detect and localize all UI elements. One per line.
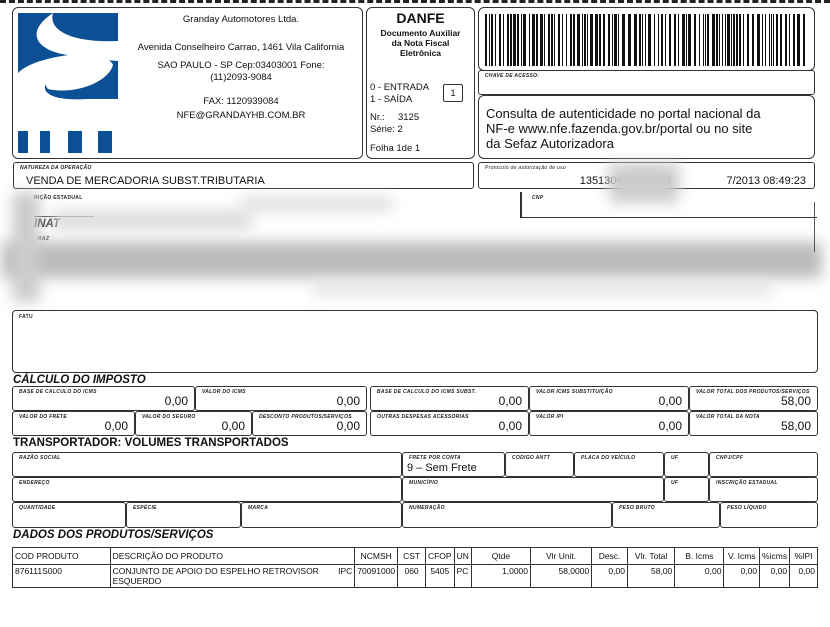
- cell-vtotal: 58,00: [627, 565, 674, 588]
- emitter-fax: FAX: 1120939084: [121, 96, 361, 108]
- tax-label: VALOR ICMS SUBSTITUIÇÃO: [536, 389, 613, 395]
- col-vicms: V. Icms: [724, 548, 760, 565]
- serie: Série: 2: [370, 124, 420, 136]
- danfe-title: DANFE: [367, 10, 474, 26]
- transp-quantidade: QUANTIDADE: [12, 502, 126, 528]
- cell-picms: 0,00: [760, 565, 790, 588]
- col-pipi: %IPI: [790, 548, 818, 565]
- barcode-box: [478, 7, 815, 71]
- row1-box-0: BASE DE CALCULO DO ICMS0,00: [12, 386, 195, 411]
- col-cod: COD PRODUTO: [13, 548, 111, 565]
- nr-value: 3125: [398, 112, 419, 123]
- col-vtotal: Vlr. Total: [627, 548, 674, 565]
- cell-desc: CONJUNTO DE APOIO DO ESPELHO RETROVISORI…: [110, 565, 355, 588]
- cell-qtde: 1,0000: [471, 565, 530, 588]
- consulta-line-1: Consulta de autenticidade no portal naci…: [486, 106, 761, 121]
- row2-box-4: VALOR IPI0,00: [529, 411, 689, 436]
- tax-label: VALOR TOTAL DA NOTA: [696, 414, 760, 420]
- danfe-subtitle-3: Eletrônica: [367, 48, 474, 58]
- tax-value: 58,00: [781, 394, 811, 408]
- tax-label: BASE DE CALCULO DO ICMS: [19, 389, 97, 395]
- row1-box-1: VALOR DO ICMS0,00: [195, 386, 367, 411]
- frete-value: 9 – Sem Frete: [407, 462, 477, 474]
- emitter-city: SAO PAULO - SP Cep:03403001 Fone:: [121, 60, 361, 72]
- transp-antt: CODIGO ANTT: [505, 452, 574, 477]
- chave-box: CHAVE DE ACESSO:: [478, 70, 815, 95]
- natureza-label: NATUREZA DA OPERAÇÃO: [20, 165, 92, 171]
- protocolo-date: 7/2013 08:49:23: [726, 175, 806, 187]
- emitter-address: Avenida Conselheiro Carrao, 1461 Vila Ca…: [121, 42, 361, 54]
- cell-cfop: 5405: [425, 565, 454, 588]
- transp-marca: MARCA: [241, 502, 402, 528]
- protocolo-box: Protocolo de autorização de uso 13513041…: [478, 162, 815, 189]
- transp-placa: PLACA DO VEÍCULO: [574, 452, 664, 477]
- transp-peso-bruto: PESO BRUTO: [612, 502, 720, 528]
- entrada-label: 0 - ENTRADA: [370, 82, 429, 94]
- transp-ie: INSCRIÇÃO ESTADUAL: [709, 477, 818, 502]
- transp-razao: RAZÃO SOCIAL: [12, 452, 402, 477]
- col-cst: CST: [398, 548, 426, 565]
- destinatario-region: RIÇÃO ESTADUAL CNP INAT RAZ: [12, 192, 818, 312]
- transportador-title: TRANSPORTADOR: VOLUMES TRANSPORTADOS: [13, 437, 289, 449]
- folha: Folha 1de 1: [370, 143, 420, 155]
- col-vunit: Vlr Unit.: [531, 548, 592, 565]
- cell-ncm: 70091000: [355, 565, 398, 588]
- produtos-title: DADOS DOS PRODUTOS/SERVIÇOS: [13, 529, 213, 541]
- transp-municipio: MUNICÍPIO: [402, 477, 664, 502]
- table-header-row: COD PRODUTO DESCRIÇÃO DO PRODUTO NCMSH C…: [13, 548, 818, 565]
- consulta-box: Consulta de autenticidade no portal naci…: [478, 95, 815, 159]
- danfe-subtitle-1: Documento Auxiliar: [367, 28, 474, 38]
- nr-label: Nr.:: [370, 112, 385, 123]
- cell-vicms: 0,00: [724, 565, 760, 588]
- tax-label: BASE DE CALCULO DO ICMS SUBST.: [377, 389, 476, 395]
- hyundai-logo-icon: [18, 13, 118, 153]
- transp-uf: UF: [664, 452, 709, 477]
- cut-line: [0, 0, 830, 4]
- row2-box-5: VALOR TOTAL DA NOTA58,00: [689, 411, 818, 436]
- row2-box-3: OUTRAS DESPESAS ACESSORIAS0,00: [370, 411, 529, 436]
- tax-label: VALOR IPI: [536, 414, 563, 420]
- danfe-box: DANFE Documento Auxiliar da Nota Fiscal …: [366, 7, 475, 159]
- tax-value: 0,00: [337, 394, 360, 408]
- col-bicms: B. Icms: [675, 548, 724, 565]
- row1-box-4: VALOR TOTAL DOS PRODUTOS/SERVIÇOS58,00: [689, 386, 818, 411]
- saida-label: 1 - SAÍDA: [370, 94, 429, 106]
- produtos-table: COD PRODUTO DESCRIÇÃO DO PRODUTO NCMSH C…: [12, 547, 818, 588]
- protocolo-label: Protocolo de autorização de uso: [485, 165, 566, 171]
- tax-value: 58,00: [781, 419, 811, 433]
- cell-desc-val: 0,00: [592, 565, 628, 588]
- row2-box-0: VALOR DO FRETE0,00: [12, 411, 135, 436]
- cell-bicms: 0,00: [675, 565, 724, 588]
- emitter-name: Granday Automotores Ltda.: [121, 14, 361, 26]
- transp-numeracao: NUMERAÇÃO: [402, 502, 612, 528]
- consulta-line-3: da Sefaz Autorizadora: [486, 136, 761, 151]
- emitter-email: NFE@GRANDAYHB.COM.BR: [121, 110, 361, 122]
- cell-vunit: 58,0000: [531, 565, 592, 588]
- consulta-line-2: NF-e www.nfe.fazenda.gov.br/portal ou no…: [486, 121, 761, 136]
- tax-label: VALOR DO FRETE: [19, 414, 67, 420]
- tax-value: 0,00: [222, 419, 245, 433]
- tax-value: 0,00: [659, 419, 682, 433]
- col-picms: %icms: [760, 548, 790, 565]
- tax-value: 0,00: [499, 419, 522, 433]
- cell-un: PC: [454, 565, 471, 588]
- tax-value: 0,00: [165, 394, 188, 408]
- barcode-icon: [485, 14, 808, 66]
- tax-label: VALOR DO SEGURO: [142, 414, 196, 420]
- row1-box-3: VALOR ICMS SUBSTITUIÇÃO0,00: [529, 386, 689, 411]
- natureza-value: VENDA DE MERCADORIA SUBST.TRIBUTARIA: [26, 175, 265, 187]
- col-descricao: DESCRIÇÃO DO PRODUTO: [110, 548, 355, 565]
- col-desc: Desc.: [592, 548, 628, 565]
- emitter-phone: (11)2093-9084: [121, 72, 361, 84]
- row1-box-2: BASE DE CALCULO DO ICMS SUBST.0,00: [370, 386, 529, 411]
- tax-value: 0,00: [659, 394, 682, 408]
- fatura-box: FATU: [12, 310, 818, 373]
- danfe-subtitle-2: da Nota Fiscal: [367, 38, 474, 48]
- tax-value: 0,00: [337, 419, 360, 433]
- transp-frete: FRETE POR CONTA 9 – Sem Frete: [402, 452, 505, 477]
- table-row: 876111S000 CONJUNTO DE APOIO DO ESPELHO …: [13, 565, 818, 588]
- tax-label: VALOR DO ICMS: [202, 389, 246, 395]
- tax-label: OUTRAS DESPESAS ACESSORIAS: [377, 414, 469, 420]
- chave-label: CHAVE DE ACESSO:: [485, 73, 539, 79]
- col-ncmsh: NCMSH: [355, 548, 398, 565]
- natureza-box: NATUREZA DA OPERAÇÃO VENDA DE MERCADORIA…: [13, 162, 474, 189]
- cell-pipi: 0,00: [790, 565, 818, 588]
- col-qtde: Qtde: [471, 548, 530, 565]
- transp-cnpj: CNPJ/CPF: [709, 452, 818, 477]
- tax-value: 0,00: [499, 394, 522, 408]
- imposto-title: CÁLCULO DO IMPOSTO: [13, 374, 146, 386]
- transp-especie: ESPÉCIE: [126, 502, 241, 528]
- row2-box-2: DESCONTO PRODUTOS/SERVIÇOS0,00: [252, 411, 367, 436]
- tax-value: 0,00: [105, 419, 128, 433]
- transp-uf2: UF: [664, 477, 709, 502]
- col-cfop: CFOP: [425, 548, 454, 565]
- row2-box-1: VALOR DO SEGURO0,00: [135, 411, 252, 436]
- cell-cst: 060: [398, 565, 426, 588]
- emitter-box: Granday Automotores Ltda. Avenida Consel…: [12, 7, 363, 159]
- cnpj-label: CNP: [532, 195, 543, 201]
- fatura-label: FATU: [19, 314, 33, 320]
- transp-peso-liquido: PESO LÍQUIDO: [720, 502, 818, 528]
- inscricao-label: RIÇÃO ESTADUAL: [34, 195, 83, 201]
- col-un: UN: [454, 548, 471, 565]
- transp-endereco: ENDEREÇO: [12, 477, 402, 502]
- cell-cod: 876111S000: [13, 565, 111, 588]
- tipo-box: 1: [443, 84, 463, 102]
